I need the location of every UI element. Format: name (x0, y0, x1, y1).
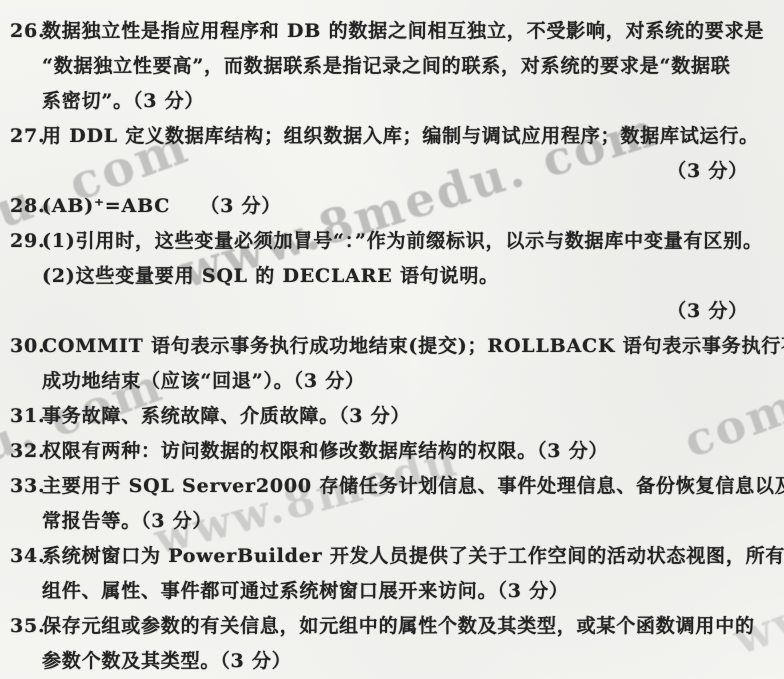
item-line: (1)引用时，这些变量必须加冒号“：”作为前缀标识，以示与数据库中变量有区别。 (42, 224, 760, 259)
item-number: 32. (10, 434, 42, 469)
answer-item: 35.保存元组或参数的有关信息，如元组中的属性个数及其类型，或某个函数调用中的参… (10, 609, 760, 679)
item-lines: (1)引用时，这些变量必须加冒号“：”作为前缀标识，以示与数据库中变量有区别。(… (42, 224, 760, 329)
item-line: 系统树窗口为 PowerBuilder 开发人员提供了关于工作空间的活动状态视图… (42, 539, 760, 574)
answer-item: 27.用 DDL 定义数据库结构；组织数据入库；编制与调试应用程序；数据库试运行… (10, 119, 760, 189)
watermark-text: www (508, 0, 644, 9)
item-lines: (AB)⁺=ABC （3 分） (42, 189, 760, 224)
item-line: (2)这些变量要用 SQL 的 DECLARE 语句说明。 (42, 259, 760, 294)
answer-item: 34.系统树窗口为 PowerBuilder 开发人员提供了关于工作空间的活动状… (10, 539, 760, 609)
item-number: 33. (10, 469, 42, 504)
answer-item: 32.权限有两种：访问数据的权限和修改数据库结构的权限。（3 分） (10, 434, 760, 469)
answer-list: 26.数据独立性是指应用程序和 DB 的数据之间相互独立，不受影响，对系统的要求… (10, 14, 760, 679)
item-line: 常报告等。（3 分） (42, 504, 760, 539)
item-lines: 权限有两种：访问数据的权限和修改数据库结构的权限。（3 分） (42, 434, 760, 469)
item-line: 保存元组或参数的有关信息，如元组中的属性个数及其类型，或某个函数调用中的 (42, 609, 760, 644)
item-line: 系密切”。（3 分） (42, 84, 760, 119)
answer-item: 31.事务故障、系统故障、介质故障。（3 分） (10, 399, 760, 434)
answer-item: 29.(1)引用时，这些变量必须加冒号“：”作为前缀标识，以示与数据库中变量有区… (10, 224, 760, 329)
item-line: 参数个数及其类型。（3 分） (42, 644, 760, 679)
item-number: 31. (10, 399, 42, 434)
item-line: 组件、属性、事件都可通过系统树窗口展开来访问。（3 分） (42, 574, 760, 609)
item-line: 数据独立性是指应用程序和 DB 的数据之间相互独立，不受影响，对系统的要求是 (42, 14, 760, 49)
item-lines: 主要用于 SQL Server2000 存储任务计划信息、事件处理信息、备份恢复… (42, 469, 760, 539)
item-line: 主要用于 SQL Server2000 存储任务计划信息、事件处理信息、备份恢复… (42, 469, 760, 504)
item-number: 30. (10, 329, 42, 364)
item-number: 26. (10, 14, 42, 49)
item-number: 34. (10, 539, 42, 574)
item-lines: 保存元组或参数的有关信息，如元组中的属性个数及其类型，或某个函数调用中的参数个数… (42, 609, 760, 679)
item-lines: 事务故障、系统故障、介质故障。（3 分） (42, 399, 760, 434)
item-number: 27. (10, 119, 42, 154)
item-number: 35. (10, 609, 42, 644)
item-line: (AB)⁺=ABC （3 分） (42, 189, 760, 224)
answer-item: 28.(AB)⁺=ABC （3 分） (10, 189, 760, 224)
item-number: 28. (10, 189, 42, 224)
item-line: 事务故障、系统故障、介质故障。（3 分） (42, 399, 760, 434)
answer-item: 30.COMMIT 语句表示事务执行成功地结束(提交)；ROLLBACK 语句表… (10, 329, 760, 399)
answer-item: 26.数据独立性是指应用程序和 DB 的数据之间相互独立，不受影响，对系统的要求… (10, 14, 760, 119)
item-line: COMMIT 语句表示事务执行成功地结束(提交)；ROLLBACK 语句表示事务… (42, 329, 760, 364)
item-line: “数据独立性要高”，而数据联系是指记录之间的联系，对系统的要求是“数据联 (42, 49, 760, 84)
item-line: 用 DDL 定义数据库结构；组织数据入库；编制与调试应用程序；数据库试运行。 (42, 119, 760, 154)
item-lines: 用 DDL 定义数据库结构；组织数据入库；编制与调试应用程序；数据库试运行。（3… (42, 119, 760, 189)
score-line: （3 分） (42, 154, 760, 189)
item-line: 权限有两种：访问数据的权限和修改数据库结构的权限。（3 分） (42, 434, 760, 469)
scanned-document-page: wwwedu. comwww.8medu. comu. comcomwww.8m… (0, 0, 784, 679)
item-lines: COMMIT 语句表示事务执行成功地结束(提交)；ROLLBACK 语句表示事务… (42, 329, 760, 399)
answer-item: 33.主要用于 SQL Server2000 存储任务计划信息、事件处理信息、备… (10, 469, 760, 539)
item-line: 成功地结束（应该“回退”）。（3 分） (42, 364, 760, 399)
item-lines: 数据独立性是指应用程序和 DB 的数据之间相互独立，不受影响，对系统的要求是“数… (42, 14, 760, 119)
item-lines: 系统树窗口为 PowerBuilder 开发人员提供了关于工作空间的活动状态视图… (42, 539, 760, 609)
item-number: 29. (10, 224, 42, 259)
score-line: （3 分） (42, 294, 760, 329)
